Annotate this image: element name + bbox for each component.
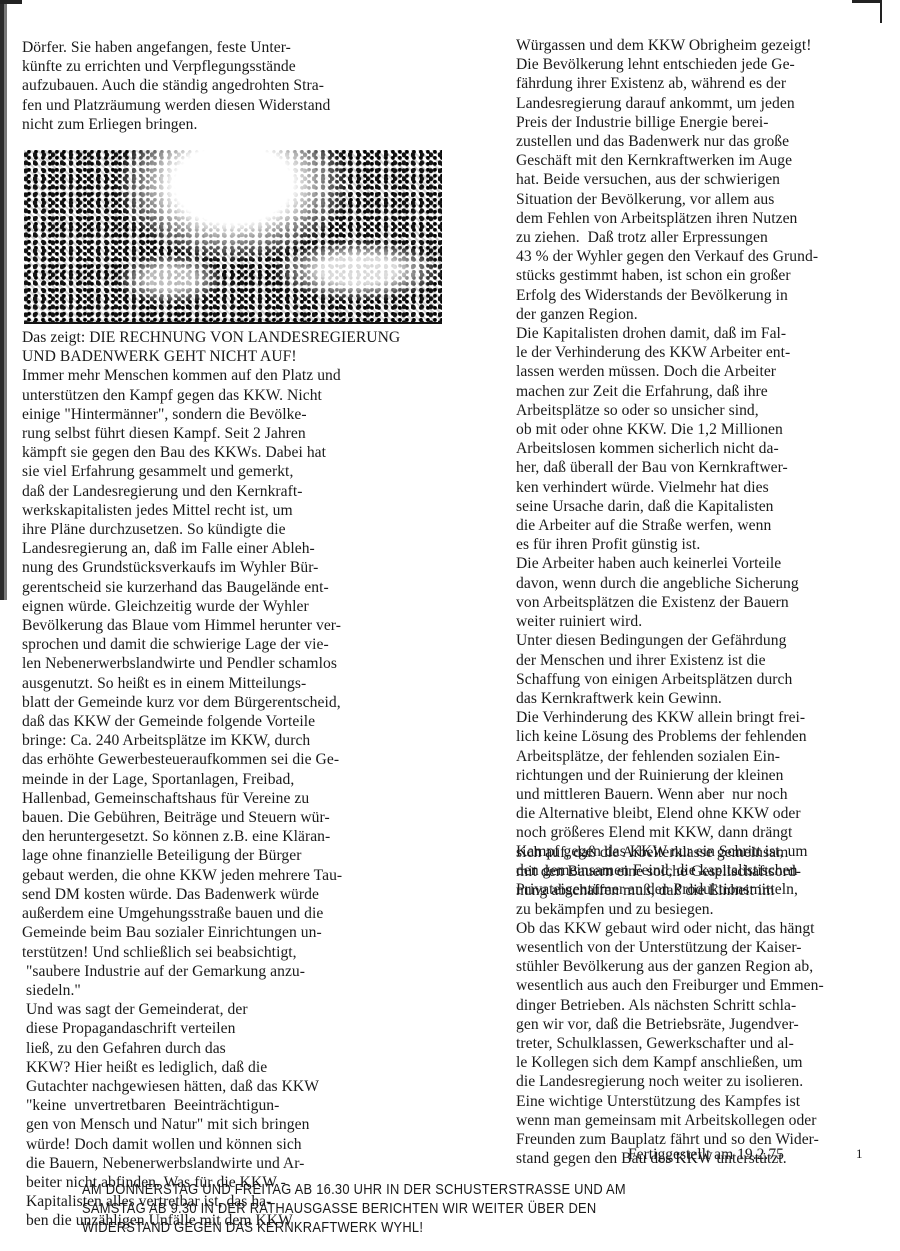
text-line: her, daß überall der Bau von Kernkraftwe… <box>516 458 818 477</box>
right-column-bottom: Kampf gegen das KKW nur ein Schritt ist,… <box>516 842 824 1168</box>
text-line: Die Arbeiter haben auch keinerlei Vortei… <box>516 554 818 573</box>
text-line: hat. Beide versuchen, aus der schwierige… <box>516 170 818 189</box>
text-line: AM DONNERSTAG UND FREITAG AB 16.30 UHR I… <box>82 1180 626 1199</box>
text-line: unterstützen den Kampf gegen das KKW. Ni… <box>22 386 400 405</box>
text-line: kämpft sie gegen den Bau des KKWs. Dabei… <box>22 443 400 462</box>
text-line: werkskapitalisten jedes Mittel recht ist… <box>22 501 400 520</box>
text-line: Erfolg des Widerstands der Bevölkerung i… <box>516 286 818 305</box>
text-line: bauen. Die Gebühren, Beiträge und Steuer… <box>22 808 400 827</box>
text-line: die Landesregierung noch weiter zu isoli… <box>516 1072 824 1091</box>
text-line: daß das KKW der Gemeinde folgende Vortei… <box>22 712 400 731</box>
text-line: das Kernkraftwerk kein Gewinn. <box>516 689 818 708</box>
text-line: zu bekämpfen und zu besiegen. <box>516 900 824 919</box>
text-line: dem Fehlen von Arbeitsplätzen ihren Nutz… <box>516 209 818 228</box>
text-line: es für ihren Profit günstig ist. <box>516 535 818 554</box>
text-line: len Nebenerwerbslandwirte und Pendler sc… <box>22 654 400 673</box>
text-line: eignen würde. Gleichzeitig wurde der Wyh… <box>22 597 400 616</box>
text-line: dinger Betrieben. Als nächsten Schritt s… <box>516 996 824 1015</box>
text-line: Dörfer. Sie haben angefangen, feste Unte… <box>22 38 330 57</box>
text-line: der ganzen Region. <box>516 305 818 324</box>
text-line: le Kollegen sich dem Kampf anschließen, … <box>516 1053 824 1072</box>
text-line: WIDERSTAND GEGEN DAS KERNKRAFTWERK WYHL! <box>82 1218 626 1237</box>
text-line: den gemeinsamen Feind, die kapitalistisc… <box>516 861 824 880</box>
text-line: einige "Hintermänner", sondern die Bevöl… <box>22 405 400 424</box>
text-line: nung des Grundstücksverkaufs im Wyhler B… <box>22 558 400 577</box>
text-line: Die Bevölkerung lehnt entschieden jede G… <box>516 55 818 74</box>
text-line: würde! Doch damit wollen und können sich <box>22 1135 400 1154</box>
text-line: "saubere Industrie auf der Gemarkung anz… <box>22 962 400 981</box>
text-line: fen und Platzräumung werden diesen Wider… <box>22 96 330 115</box>
text-line: Geschäft mit den Kernkraftwerken im Auge <box>516 151 818 170</box>
footer-announcement: AM DONNERSTAG UND FREITAG AB 16.30 UHR I… <box>82 1180 626 1237</box>
crowd-photo <box>24 150 442 324</box>
text-line: gen wir vor, daß die Betriebsräte, Jugen… <box>516 1015 824 1034</box>
text-line: wesentlich aus auch den Freiburger und E… <box>516 976 824 995</box>
text-line: davon, wenn durch die angebliche Sicheru… <box>516 574 818 593</box>
text-line: zustellen und das Badenwerk nur das groß… <box>516 132 818 151</box>
text-line: von Arbeitsplätzen die Existenz der Baue… <box>516 593 818 612</box>
text-line: le der Verhinderung des KKW Arbeiter ent… <box>516 343 818 362</box>
text-line: ihre Pläne durchzusetzen. So kündigte di… <box>22 520 400 539</box>
text-line: ließ, zu den Gefahren durch das <box>22 1039 400 1058</box>
text-line: stücks gestimmt haben, ist schon ein gro… <box>516 266 818 285</box>
text-line: Die Verhinderung des KKW allein bringt f… <box>516 708 818 727</box>
text-line: aufzubauen. Auch die ständig angedrohten… <box>22 76 330 95</box>
text-line: ob mit oder ohne KKW. Die 1,2 Millionen <box>516 420 818 439</box>
scan-edge-bar <box>0 0 7 600</box>
left-column-intro: Dörfer. Sie haben angefangen, feste Unte… <box>22 38 330 134</box>
text-line: stühler Bevölkerung aus der ganzen Regio… <box>516 957 824 976</box>
text-line: ausgenutzt. So heißt es in einem Mitteil… <box>22 674 400 693</box>
text-line: zu ziehen. Daß trotz aller Erpressungen <box>516 228 818 247</box>
text-line: gerentscheid sie kurzerhand das Baugelän… <box>22 578 400 597</box>
text-line: Privateigentümer an den Produktionsmitte… <box>516 880 824 899</box>
text-line: noch größeres Elend mit KKW, dann drängt <box>516 823 818 842</box>
text-line: Arbeitsplätze so oder so unsicher sind, <box>516 401 818 420</box>
text-line: das erhöhte Gewerbesteueraufkommen sei d… <box>22 750 400 769</box>
text-line: Kampf gegen das KKW nur ein Schritt ist,… <box>516 842 824 861</box>
text-line: SAMSTAG AB 9.30 IN DER RATHAUSGASSE BERI… <box>82 1199 626 1218</box>
scan-corner-mark <box>852 0 882 23</box>
text-line: ken verhindert würde. Vielmehr hat dies <box>516 478 818 497</box>
text-line: Preis der Industrie billige Energie bere… <box>516 113 818 132</box>
text-line: sie viel Erfahrung gesammelt und gemerkt… <box>22 462 400 481</box>
right-column-top: Würgassen und dem KKW Obrigheim gezeigt!… <box>516 36 818 900</box>
text-line: künfte zu errichten und Verpflegungsstän… <box>22 57 330 76</box>
text-line: Eine wichtige Unterstützung des Kampfes … <box>516 1092 824 1111</box>
text-line: Immer mehr Menschen kommen auf den Platz… <box>22 366 400 385</box>
text-line: richtungen und der Ruinierung der kleine… <box>516 766 818 785</box>
text-line: Arbeitslosen kommen sicherlich nicht da- <box>516 439 818 458</box>
text-line: blatt der Gemeinde kurz vor dem Bürgeren… <box>22 693 400 712</box>
text-line: machen zur Zeit die Erfahrung, daß ihre <box>516 382 818 401</box>
text-line: diese Propagandaschrift verteilen <box>22 1019 400 1038</box>
text-line: Landesregierung darauf ankommt, um jeden <box>516 94 818 113</box>
text-line: Gemeinde beim Bau sozialer Einrichtungen… <box>22 923 400 942</box>
text-line: UND BADENWERK GEHT NICHT AUF! <box>22 347 400 366</box>
text-line: die Arbeiter auf die Straße werfen, wenn <box>516 516 818 535</box>
text-line: send DM kosten würde. Das Badenwerk würd… <box>22 885 400 904</box>
text-line: Die Kapitalisten drohen damit, daß im Fa… <box>516 324 818 343</box>
text-line: 43 % der Wyhler gegen den Verkauf des Gr… <box>516 247 818 266</box>
text-line: Ob das KKW gebaut wird oder nicht, das h… <box>516 919 824 938</box>
text-line: Unter diesen Bedingungen der Gefährdung <box>516 631 818 650</box>
text-line: Das zeigt: DIE RECHNUNG VON LANDESREGIER… <box>22 328 400 347</box>
text-line: daß der Landesregierung und den Kernkraf… <box>22 482 400 501</box>
text-line: bringe: Ca. 240 Arbeitsplätze im KKW, du… <box>22 731 400 750</box>
text-line: wenn man gemeinsam mit Arbeitskollegen o… <box>516 1111 824 1130</box>
text-line: KKW? Hier heißt es lediglich, daß die <box>22 1058 400 1077</box>
text-line: weiter ruiniert wird. <box>516 612 818 631</box>
text-line: Landesregierung an, daß im Falle einer A… <box>22 539 400 558</box>
text-line: gen von Mensch und Natur" mit sich bring… <box>22 1115 400 1134</box>
text-line: seine Ursache darin, daß die Kapitaliste… <box>516 497 818 516</box>
text-line: lage ohne finanzielle Beteiligung der Bü… <box>22 846 400 865</box>
text-line: Schaffung von einigen Arbeitsplätzen dur… <box>516 670 818 689</box>
left-column-body: Das zeigt: DIE RECHNUNG VON LANDESREGIER… <box>22 328 400 1231</box>
text-line: nicht zum Erliegen bringen. <box>22 115 330 134</box>
text-line: terstützen! Und schließlich sei beabsich… <box>22 943 400 962</box>
text-line: "keine unvertretbaren Beeinträchtigun- <box>22 1096 400 1115</box>
completion-note: Fertiggestellt am 19.2.75 <box>628 1146 784 1164</box>
text-line: fährdung ihrer Existenz ab, während es d… <box>516 74 818 93</box>
text-line: siedeln." <box>22 981 400 1000</box>
text-line: gebaut werden, die ohne KKW jeden mehrer… <box>22 866 400 885</box>
text-line: außerdem eine Umgehungsstraße bauen und … <box>22 904 400 923</box>
text-line: meinde in der Lage, Sportanlagen, Freiba… <box>22 770 400 789</box>
text-line: die Alternative bleibt, Elend ohne KKW o… <box>516 804 818 823</box>
text-line: und mittleren Bauern. Wenn aber nur noch <box>516 785 818 804</box>
text-line: rung selbst führt diesen Kampf. Seit 2 J… <box>22 424 400 443</box>
text-line: Arbeitsplätze, der fehlenden sozialen Ei… <box>516 747 818 766</box>
text-line: Bevölkerung das Blaue vom Himmel herunte… <box>22 616 400 635</box>
text-line: treter, Schulklassen, Gewerkschafter und… <box>516 1034 824 1053</box>
text-line: wesentlich von der Unterstützung der Kai… <box>516 938 824 957</box>
text-line: Und was sagt der Gemeinderat, der <box>22 1000 400 1019</box>
text-line: sprochen und damit die schwierige Lage d… <box>22 635 400 654</box>
text-line: der Menschen und ihrer Existenz ist die <box>516 651 818 670</box>
page-number: 1 <box>856 1146 863 1162</box>
text-line: Gutachter nachgewiesen hätten, daß das K… <box>22 1077 400 1096</box>
text-line: den heruntergesetzt. So können z.B. eine… <box>22 827 400 846</box>
text-line: Würgassen und dem KKW Obrigheim gezeigt! <box>516 36 818 55</box>
text-line: lassen werden müssen. Doch die Arbeiter <box>516 362 818 381</box>
text-line: die Bauern, Nebenerwerbslandwirte und Ar… <box>22 1154 400 1173</box>
text-line: lich keine Lösung des Problems der fehle… <box>516 727 818 746</box>
scan-edge-mark <box>0 0 22 4</box>
text-line: Hallenbad, Gemeinschaftshaus für Vereine… <box>22 789 400 808</box>
text-line: Situation der Bevölkerung, vor allem aus <box>516 190 818 209</box>
